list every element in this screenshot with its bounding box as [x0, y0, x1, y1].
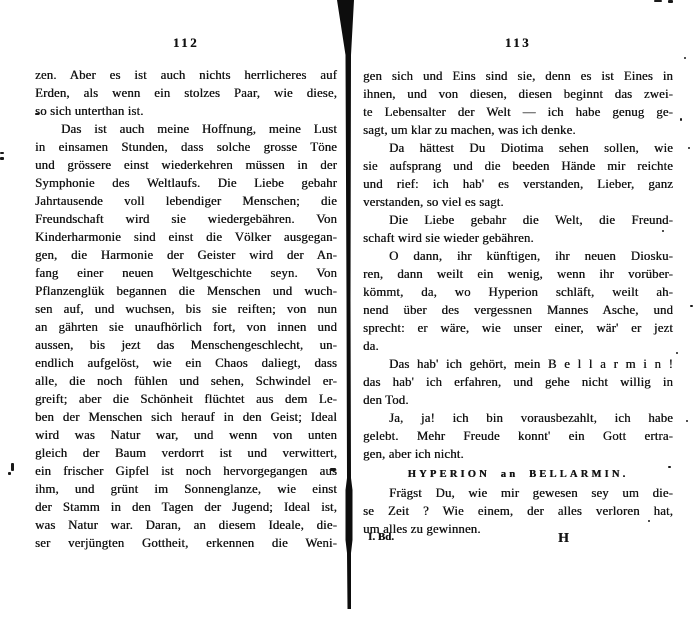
book-scan: 112 113 zen. Aber es ist auch nichts her… — [0, 0, 698, 621]
ink-speck — [654, 0, 662, 2]
ink-speck — [662, 230, 664, 232]
ink-speck — [676, 352, 678, 354]
ink-speck — [35, 113, 39, 115]
ink-speck — [680, 118, 682, 121]
ink-speck — [686, 420, 688, 422]
ink-speck — [8, 472, 11, 475]
ink-speck — [668, 0, 673, 3]
ink-speck — [330, 468, 336, 471]
ink-speck — [0, 157, 4, 160]
ink-speck — [668, 466, 671, 468]
ink-speck — [11, 463, 14, 471]
ink-speck — [688, 147, 690, 149]
ink-speck — [0, 152, 4, 154]
ink-speck — [684, 57, 686, 59]
ink-speck — [648, 520, 650, 522]
book-gutter-shadow — [0, 0, 698, 621]
ink-speck — [690, 305, 693, 307]
